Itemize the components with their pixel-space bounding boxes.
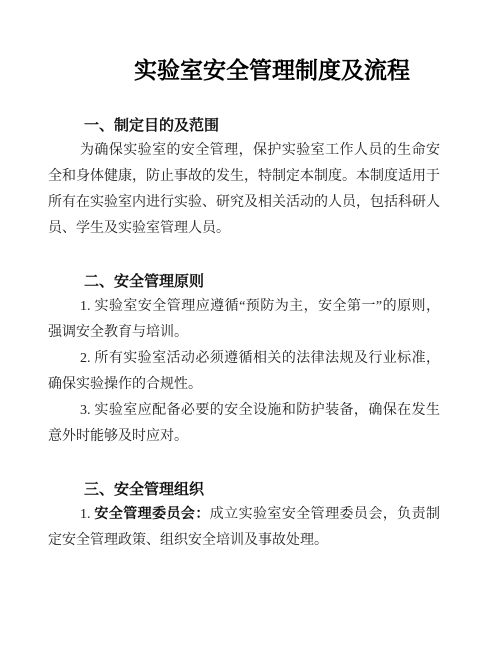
paragraph: 1. 实验室安全管理应遵循“预防为主，安全第一”的原则，强调安全教育与培训。 <box>48 294 440 346</box>
document-body: 一、制定目的及范围为确保实验室的安全管理，保护实验室工作人员的生命安全和身体健康… <box>48 112 440 554</box>
section-heading: 二、安全管理原则 <box>48 268 440 294</box>
paragraph-bold-lead: 安全管理委员会： <box>94 507 209 522</box>
document-section: 二、安全管理原则1. 实验室安全管理应遵循“预防为主，安全第一”的原则，强调安全… <box>48 268 440 450</box>
section-heading: 三、安全管理组织 <box>48 476 440 502</box>
paragraph: 2. 所有实验室活动必须遵循相关的法律法规及行业标准，确保实验操作的合规性。 <box>48 346 440 398</box>
document-page: 实验室安全管理制度及流程 一、制定目的及范围为确保实验室的安全管理，保护实验室工… <box>0 0 500 647</box>
section-heading: 一、制定目的及范围 <box>48 112 440 138</box>
document-title: 实验室安全管理制度及流程 <box>104 56 440 86</box>
document-section: 一、制定目的及范围为确保实验室的安全管理，保护实验室工作人员的生命安全和身体健康… <box>48 112 440 242</box>
paragraph: 3. 实验室应配备必要的安全设施和防护装备，确保在发生意外时能够及时应对。 <box>48 398 440 450</box>
paragraph: 1. 安全管理委员会：成立实验室安全管理委员会，负责制定安全管理政策、组织安全培… <box>48 502 440 554</box>
document-section: 三、安全管理组织1. 安全管理委员会：成立实验室安全管理委员会，负责制定安全管理… <box>48 476 440 554</box>
paragraph: 为确保实验室的安全管理，保护实验室工作人员的生命安全和身体健康，防止事故的发生，… <box>48 138 440 242</box>
